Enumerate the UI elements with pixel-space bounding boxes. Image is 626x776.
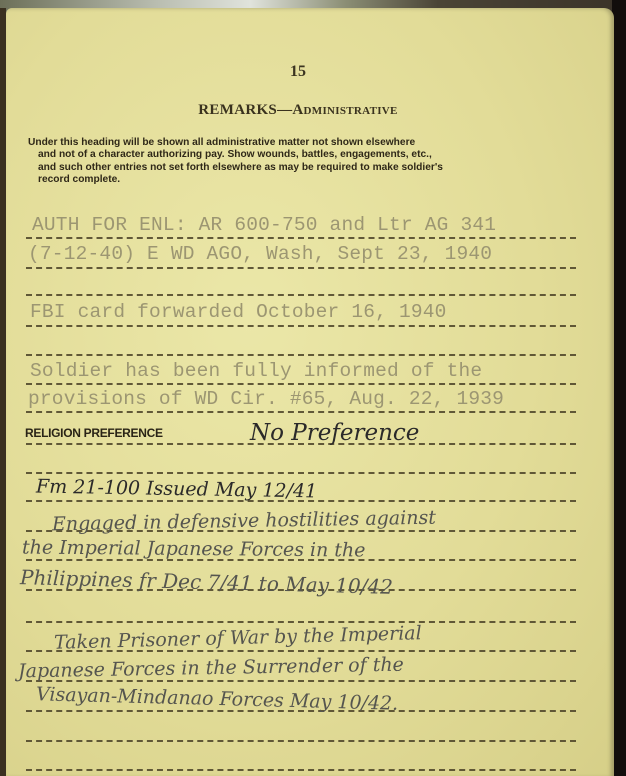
ruled-line [26,472,576,474]
religion-preference-label: RELIGION PREFERENCE [25,426,163,440]
typed-entry: AUTH FOR ENL: AR 600-750 and Ltr AG 341 [32,214,496,236]
ruled-line [26,740,576,742]
instruction-line: record complete. [28,174,588,186]
ruled-line [26,294,576,296]
ruled-line [26,769,576,771]
ruled-line [26,411,576,413]
instruction-line: and not of a character authorizing pay. … [28,149,588,161]
religion-preference-value: No Preference [250,420,419,446]
ruled-line [26,237,576,239]
page-number: 15 [0,63,596,81]
ruled-line [26,325,576,327]
ruled-line [26,354,576,356]
typed-entry: (7-12-40) E WD AGO, Wash, Sept 23, 1940 [28,243,492,265]
page-edge-shadow [612,0,626,776]
typed-entry: provisions of WD Cir. #65, Aug. 22, 1939 [28,388,504,410]
heading-main: REMARKS [198,102,277,118]
heading-dash: — [277,102,292,118]
instruction-line: Under this heading will be shown all adm… [28,137,588,149]
instructions-text: Under this heading will be shown all adm… [28,137,588,187]
ruled-line [26,383,576,385]
page-title: REMARKS—Administrative [0,102,596,119]
instruction-line: and such other entries not set forth els… [28,162,588,174]
handwritten-entry: the Imperial Japanese Forces in the [22,537,366,562]
ruled-line [26,267,576,269]
typed-entry: FBI card forwarded October 16, 1940 [30,301,447,323]
typed-entry: Soldier has been fully informed of the [30,360,482,382]
ruled-line [26,621,576,623]
heading-sub: Administrative [292,102,397,118]
